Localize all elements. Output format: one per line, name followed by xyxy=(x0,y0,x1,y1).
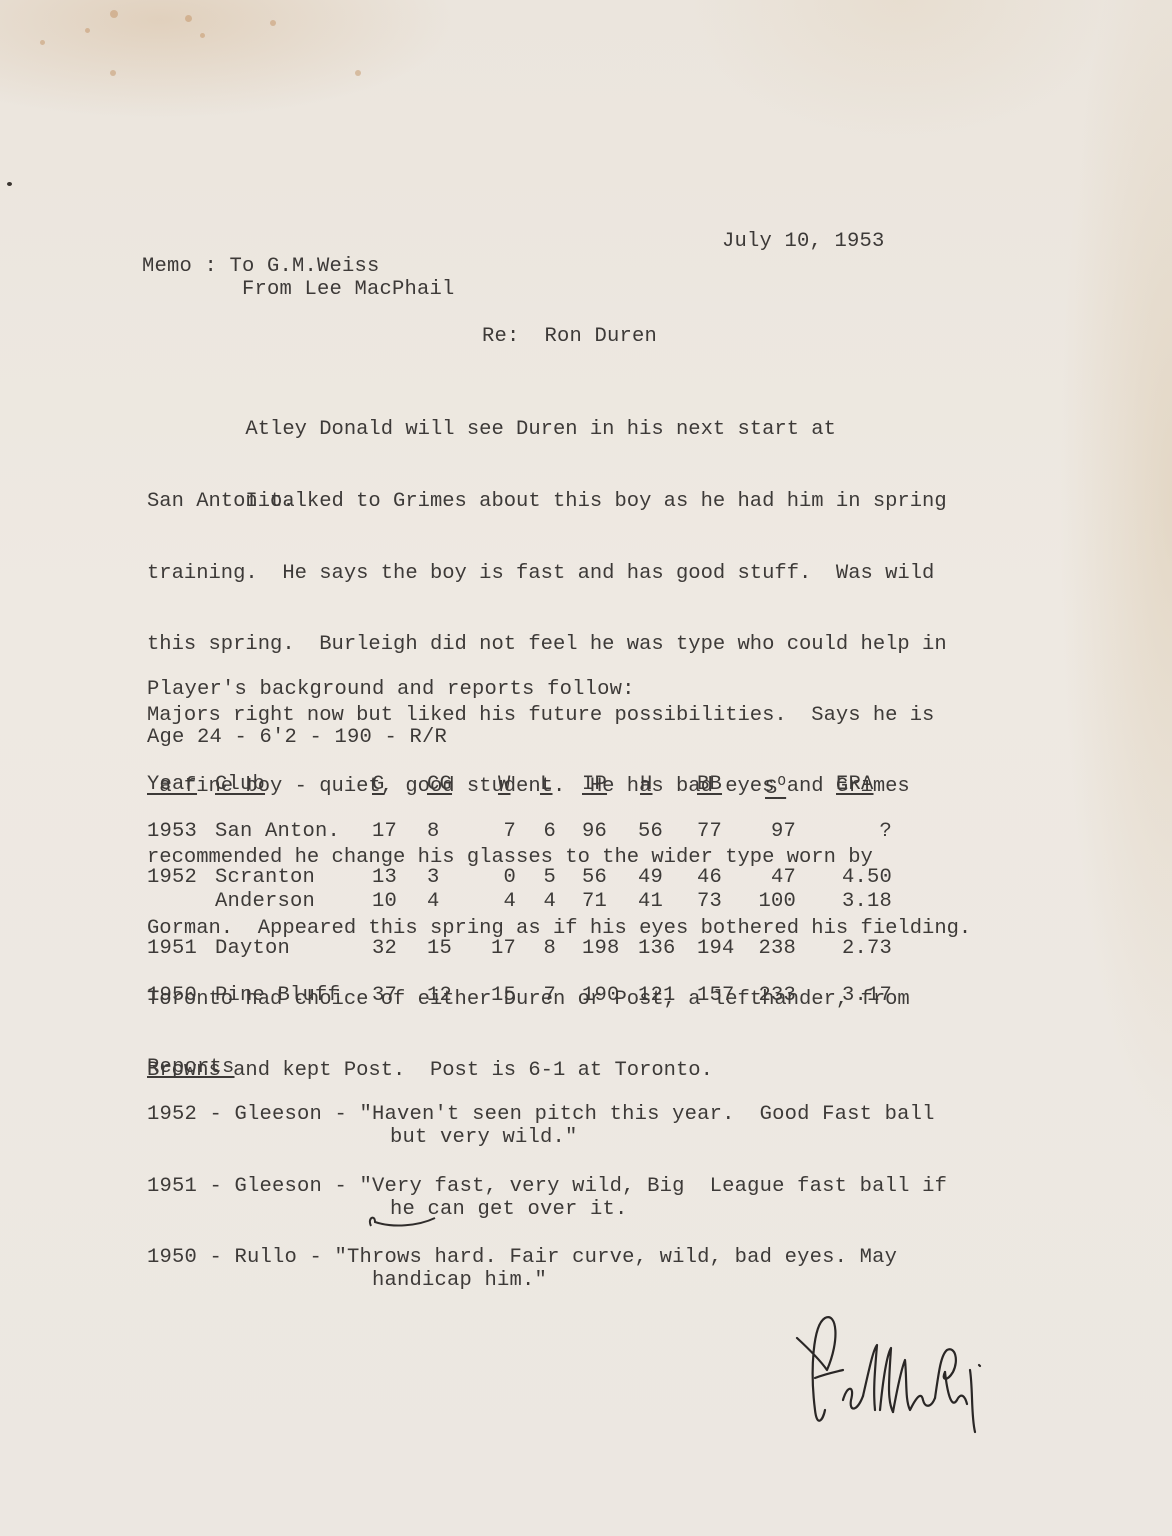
table-cell-w: 15 xyxy=(490,986,516,1007)
table-cell-g: 32 xyxy=(372,939,397,960)
report-quote-continued: but very wild." xyxy=(390,1128,578,1149)
table-cell-l: 8 xyxy=(530,939,556,960)
table-cell-year: 1951 xyxy=(147,939,197,960)
table-cell-l: 7 xyxy=(530,986,556,1007)
table-cell-year: 1952 xyxy=(147,868,197,889)
table-cell-ip: 190 xyxy=(582,986,620,1007)
table-cell-h: 49 xyxy=(638,868,663,889)
table-cell-club: Scranton xyxy=(215,868,315,889)
column-header-year: Year xyxy=(147,775,197,796)
memo-subject: Re: Ron Duren xyxy=(482,327,657,348)
table-cell-era: 4.50 xyxy=(836,868,892,889)
paragraph-line: I talked to Grimes about this boy as he … xyxy=(147,490,971,514)
table-cell-year: 1953 xyxy=(147,822,197,843)
table-cell-so: 238 xyxy=(750,939,796,960)
memo-to-line: Memo : To G.M.Weiss xyxy=(142,257,380,278)
table-cell-era: ? xyxy=(836,822,892,843)
table-cell-bb: 157 xyxy=(697,986,735,1007)
paper-stain xyxy=(7,182,12,186)
table-cell-h: 41 xyxy=(638,892,663,913)
reports-heading: Reports xyxy=(147,1058,235,1079)
table-cell-ip: 198 xyxy=(582,939,620,960)
background-intro: Player's background and reports follow: xyxy=(147,680,635,701)
table-cell-club: San Anton. xyxy=(215,822,340,843)
table-cell-l: 4 xyxy=(530,892,556,913)
table-cell-so: 233 xyxy=(750,986,796,1007)
table-cell-l: 6 xyxy=(530,822,556,843)
paragraph-line: Majors right now but liked his future po… xyxy=(147,704,971,728)
column-header-cg: CG xyxy=(427,775,452,796)
table-cell-cg: 12 xyxy=(427,986,452,1007)
table-cell-h: 56 xyxy=(638,822,663,843)
report-lead: 1950 - Rullo - xyxy=(147,1246,335,1269)
report-lead: 1951 - Gleeson - xyxy=(147,1175,360,1198)
table-cell-so: 100 xyxy=(750,892,796,913)
table-cell-h: 121 xyxy=(638,986,676,1007)
table-cell-ip: 71 xyxy=(582,892,607,913)
table-cell-bb: 73 xyxy=(697,892,722,913)
table-cell-year: 1950 xyxy=(147,986,197,1007)
report-line: 1952 - Gleeson - "Haven't seen pitch thi… xyxy=(147,1105,935,1126)
paragraph-line: training. He says the boy is fast and ha… xyxy=(147,562,971,586)
table-cell-era: 3.18 xyxy=(836,892,892,913)
table-cell-cg: 4 xyxy=(427,892,440,913)
memo-from-line: From Lee MacPhail xyxy=(242,280,455,301)
column-header-club: Club xyxy=(215,775,265,796)
column-header-so: SO xyxy=(765,775,786,799)
table-cell-club: Anderson xyxy=(215,892,315,913)
table-cell-w: 17 xyxy=(490,939,516,960)
paper-stain xyxy=(355,70,361,76)
paper-stain xyxy=(185,15,192,22)
paper-stain xyxy=(40,40,45,45)
memo-date: July 10, 1953 xyxy=(722,232,885,253)
column-header-era: ERA xyxy=(836,775,874,796)
table-cell-so: 47 xyxy=(750,868,796,889)
table-cell-cg: 3 xyxy=(427,868,440,889)
report-lead: 1952 - Gleeson - xyxy=(147,1103,360,1126)
table-cell-so: 97 xyxy=(750,822,796,843)
column-header-ip: IP xyxy=(582,775,607,796)
paragraph-line: Browns and kept Post. Post is 6-1 at Tor… xyxy=(147,1059,971,1083)
table-cell-club: Dayton xyxy=(215,939,290,960)
table-cell-bb: 194 xyxy=(697,939,735,960)
table-cell-g: 37 xyxy=(372,986,397,1007)
paper-stain xyxy=(85,28,90,33)
table-cell-ip: 56 xyxy=(582,868,607,889)
table-cell-g: 10 xyxy=(372,892,397,913)
table-cell-era: 2.73 xyxy=(836,939,892,960)
player-vitals: Age 24 - 6'2 - 190 - R/R xyxy=(147,728,447,749)
table-cell-w: 7 xyxy=(490,822,516,843)
report-quote-continued: handicap him." xyxy=(372,1271,547,1292)
paper-stain xyxy=(200,33,205,38)
paper-stain xyxy=(110,10,118,18)
paper-stain xyxy=(270,20,276,26)
table-cell-bb: 77 xyxy=(697,822,722,843)
signature xyxy=(765,1300,1005,1440)
table-cell-era: 3.17 xyxy=(836,986,892,1007)
column-header-h: H xyxy=(640,775,653,796)
report-line: 1951 - Gleeson - "Very fast, very wild, … xyxy=(147,1177,947,1198)
report-line: 1950 - Rullo - "Throws hard. Fair curve,… xyxy=(147,1248,897,1269)
table-cell-bb: 46 xyxy=(697,868,722,889)
paragraph-line: Atley Donald will see Duren in his next … xyxy=(147,418,836,442)
report-quote: "Very fast, very wild, Big League fast b… xyxy=(360,1175,948,1198)
handwritten-underline-mark xyxy=(363,1208,443,1230)
paper-stain xyxy=(110,70,116,76)
report-quote: "Throws hard. Fair curve, wild, bad eyes… xyxy=(335,1246,898,1269)
table-cell-w: 0 xyxy=(490,868,516,889)
table-cell-ip: 96 xyxy=(582,822,607,843)
column-header-l: L xyxy=(540,775,553,796)
table-cell-club: Pine Bluff xyxy=(215,986,340,1007)
column-header-g: G xyxy=(372,775,385,796)
table-cell-h: 136 xyxy=(638,939,676,960)
table-cell-g: 17 xyxy=(372,822,397,843)
report-quote: "Haven't seen pitch this year. Good Fast… xyxy=(360,1103,935,1126)
table-cell-cg: 8 xyxy=(427,822,440,843)
table-cell-g: 13 xyxy=(372,868,397,889)
table-cell-l: 5 xyxy=(530,868,556,889)
column-header-w: W xyxy=(498,775,511,796)
column-header-bb: BB xyxy=(697,775,722,796)
table-cell-w: 4 xyxy=(490,892,516,913)
table-cell-cg: 15 xyxy=(427,939,452,960)
paragraph-line: this spring. Burleigh did not feel he wa… xyxy=(147,633,971,657)
